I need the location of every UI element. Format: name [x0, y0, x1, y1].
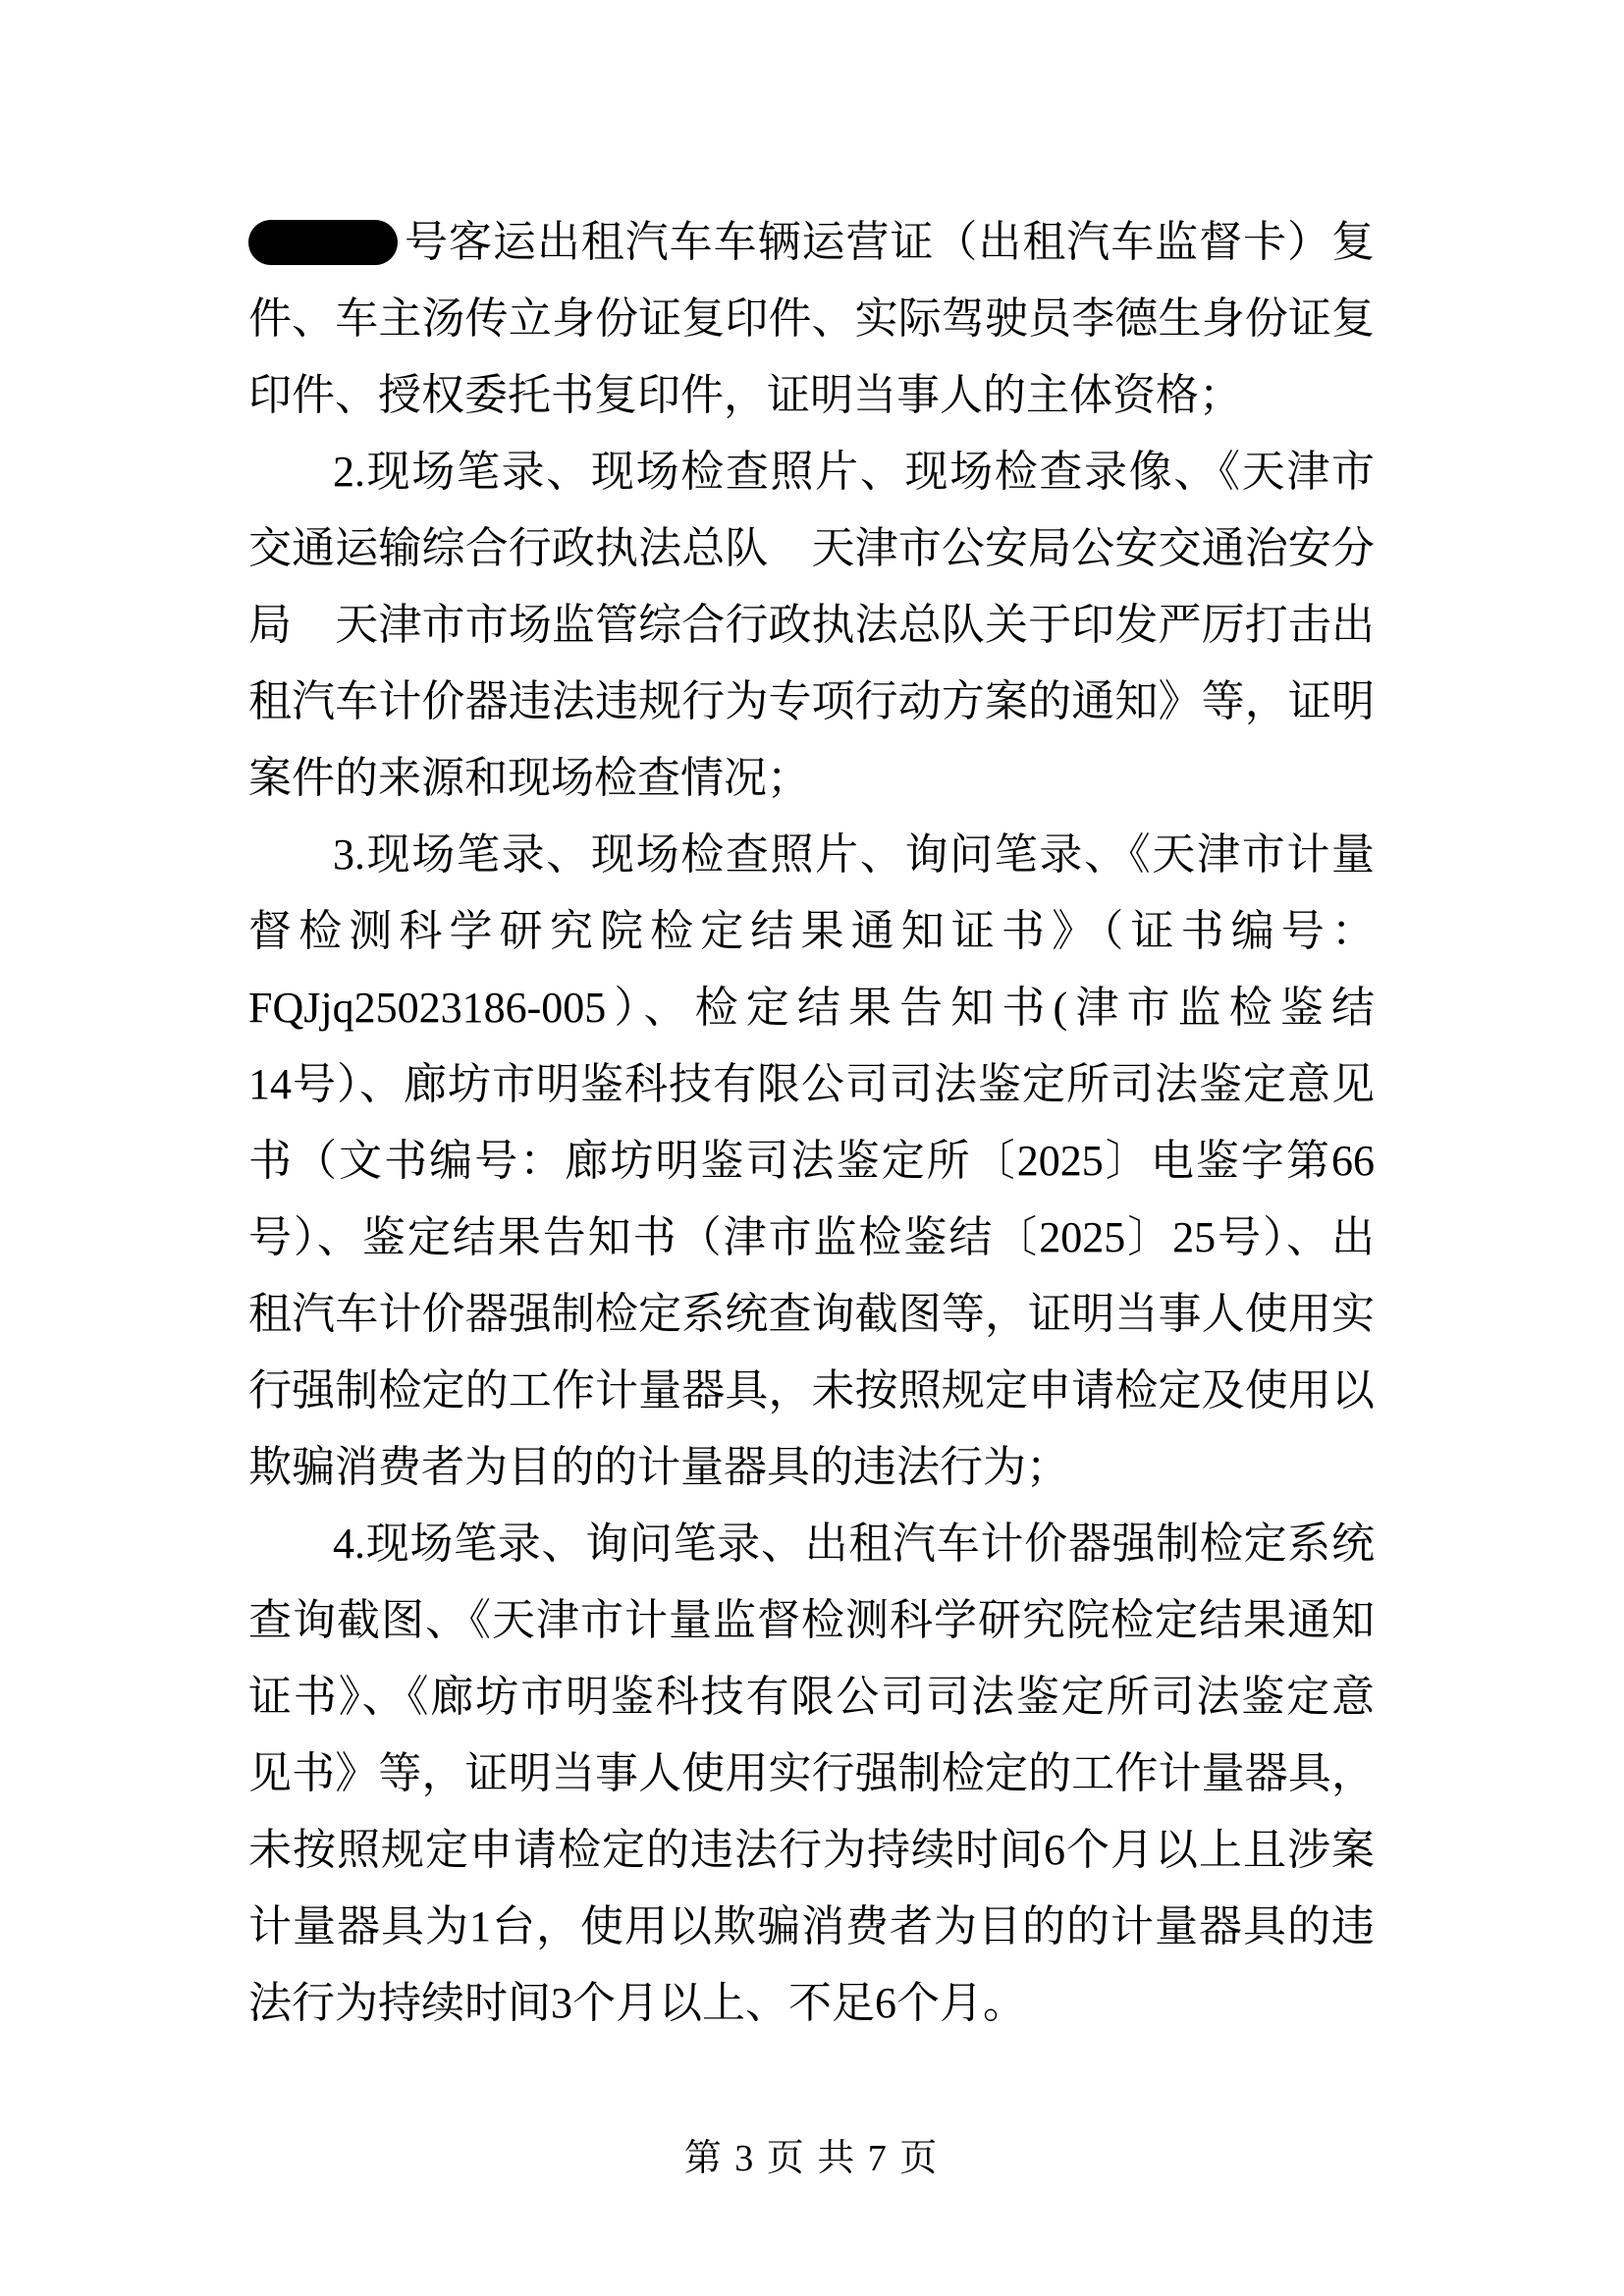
- body-line: 书（文书编号：廊坊明鉴司法鉴定所〔2025〕电鉴字第66: [248, 1123, 1375, 1200]
- redacted-plate-number-block: [248, 220, 398, 265]
- body-line: FQJjq25023186-005）、检定结果告知书(津市监检鉴结〔2025〕: [248, 970, 1375, 1046]
- body-line: 案件的来源和现场检查情况；: [248, 740, 1375, 817]
- body-line: 14号）、廊坊市明鉴科技有限公司司法鉴定所司法鉴定意见: [248, 1046, 1375, 1123]
- page-footer: 第 3 页 共 7 页: [248, 2136, 1375, 2181]
- body-line: 局 天津市市场监管综合行政执法总队关于印发严厉打击出: [248, 587, 1375, 664]
- page-number-text: 第 3 页 共 7 页: [684, 2138, 940, 2179]
- document-page: 号客运出租汽车车辆运营证（出租汽车监督卡）复印 件、车主汤传立身份证复印件、实际…: [0, 0, 1624, 2296]
- line-text: 号客运出租汽车车辆运营证（出租汽车监督卡）复印: [248, 218, 1375, 281]
- body-line: 见书》等，证明当事人使用实行强制检定的工作计量器具，: [248, 1735, 1375, 1812]
- body-line: 交通运输综合行政执法总队 天津市公安局公安交通治安分: [248, 510, 1375, 587]
- body-line: 计量器具为1台，使用以欺骗消费者为目的的计量器具的违: [248, 1889, 1375, 1965]
- body-line: 2.现场笔录、现场检查照片、现场检查录像、《天津市: [248, 434, 1375, 510]
- body-line: 查询截图、《天津市计量监督检测科学研究院检定结果通知: [248, 1582, 1375, 1659]
- body-line: 督检测科学研究院检定结果通知证书》（证书编号：: [248, 893, 1375, 970]
- body-line: 4.现场笔录、询问笔录、出租汽车计价器强制检定系统: [248, 1506, 1375, 1582]
- body-line: 未按照规定申请检定的违法行为持续时间6个月以上且涉案: [248, 1812, 1375, 1889]
- body-line: 号）、鉴定结果告知书（津市监检鉴结〔2025〕25号）、出: [248, 1200, 1375, 1276]
- body-line: 租汽车计价器违法违规行为专项行动方案的通知》等，证明: [248, 664, 1375, 740]
- body-line: 印件、授权委托书复印件，证明当事人的主体资格；: [248, 357, 1375, 434]
- body-line: 法行为持续时间3个月以上、不足6个月。: [248, 1965, 1375, 2042]
- document-body: 号客运出租汽车车辆运营证（出租汽车监督卡）复印 件、车主汤传立身份证复印件、实际…: [248, 204, 1375, 2042]
- body-line: 3.现场笔录、现场检查照片、询问笔录、《天津市计量监: [248, 817, 1375, 893]
- body-line: 租汽车计价器强制检定系统查询截图等，证明当事人使用实: [248, 1276, 1375, 1353]
- body-line: 号客运出租汽车车辆运营证（出租汽车监督卡）复印: [248, 204, 1375, 281]
- body-line: 行强制检定的工作计量器具，未按照规定申请检定及使用以: [248, 1353, 1375, 1429]
- body-line: 欺骗消费者为目的的计量器具的违法行为；: [248, 1429, 1375, 1506]
- body-line: 证书》、《廊坊市明鉴科技有限公司司法鉴定所司法鉴定意: [248, 1659, 1375, 1735]
- body-line: 件、车主汤传立身份证复印件、实际驾驶员李德生身份证复: [248, 281, 1375, 357]
